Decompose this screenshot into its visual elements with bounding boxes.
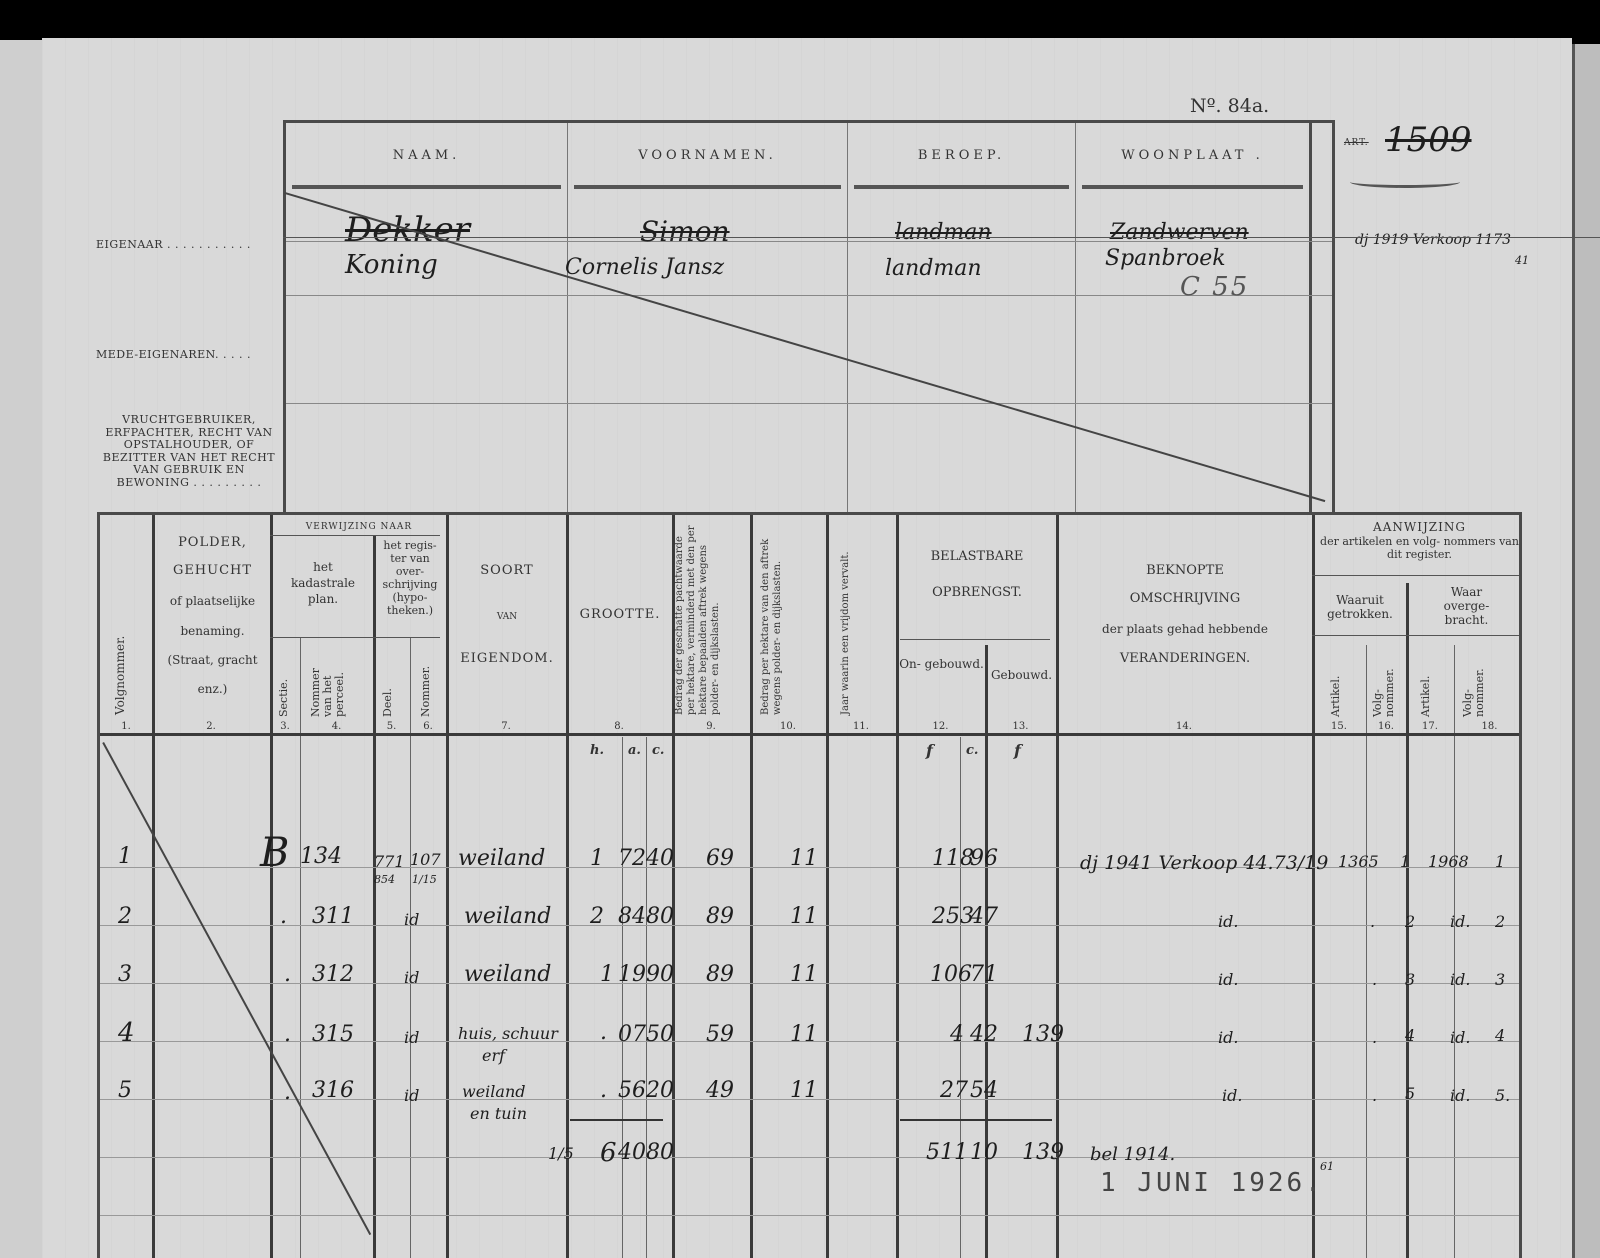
colnum-10: 10.: [750, 721, 826, 732]
totals-c: 80: [646, 1140, 674, 1165]
header-belastbare: BELASTBARE: [898, 549, 1056, 565]
row1-omschrijving: dj 1941 Verkoop 44.73/19: [1080, 852, 1328, 874]
header-woonplaats: WOONPLAAT .: [1076, 148, 1309, 163]
header-volgnommer: Volgnommer.: [114, 605, 126, 715]
document-number: Nº. 84a.: [1190, 95, 1269, 117]
row5-soort: weiland: [462, 1082, 525, 1101]
header-deel: Deel.: [382, 645, 394, 717]
label-mede-eigenaren: MEDE-EIGENAREN. . . . .: [96, 348, 251, 361]
row2-volgnommer-16: 2: [1405, 912, 1415, 931]
header-sectie: Sectie.: [278, 645, 290, 717]
header-grootte: GROOTTE.: [568, 607, 672, 623]
header-rule: [292, 185, 561, 189]
row2-deel: id: [404, 910, 419, 929]
row2-perceel: 311: [312, 904, 354, 929]
row5-a: 56: [618, 1078, 646, 1103]
row1-aftrek: 11: [790, 846, 818, 871]
header-plaatselijke: of plaatselijke: [155, 593, 270, 609]
row3-a: 19: [618, 962, 646, 987]
book-right-page-edge: [1572, 44, 1600, 1258]
row4-soort: huis, schuur: [458, 1024, 558, 1043]
row4-omschrijving: id.: [1218, 1028, 1238, 1047]
row4-volgnommer-18: 4: [1495, 1026, 1505, 1045]
header-register: het regis- ter van over- schrijving (hyp…: [375, 539, 445, 617]
header-volgnommer-16: Volg- nommer.: [1372, 649, 1402, 717]
owner-section: NAAM. VOORNAMEN. BEROEP. WOONPLAAT .: [283, 120, 1335, 512]
unit-guilders-13: f: [1014, 741, 1021, 760]
row4-sectie: .: [284, 1022, 291, 1047]
colnum-5: 5.: [373, 721, 410, 732]
row4-artikel-17: id.: [1450, 1028, 1470, 1047]
transfer-note: dj 1919 Verkoop 1173: [1355, 232, 1511, 248]
row3-h: 1: [600, 962, 614, 987]
row3-c: 90: [646, 962, 674, 987]
column-woonplaats: WOONPLAAT .: [1076, 123, 1312, 515]
row1-pacht: 69: [706, 846, 734, 871]
row4-artikel-15: .: [1372, 1028, 1377, 1047]
header-artikel-15: Artikel.: [1330, 649, 1342, 717]
colnum-2: 2.: [152, 721, 270, 732]
colnum-16: 16.: [1366, 721, 1406, 732]
header-naam: NAAM.: [286, 148, 567, 163]
colnum-8: 8.: [566, 721, 672, 732]
row2-artikel-17: id.: [1450, 912, 1470, 931]
row5-artikel-17: id.: [1450, 1086, 1470, 1105]
colnum-13: 13.: [985, 721, 1056, 732]
header-aanwijzing-sub: der artikelen en volg- nommers van dit r…: [1314, 535, 1525, 561]
row5-pacht: 49: [706, 1078, 734, 1103]
colnum-12: 12.: [896, 721, 985, 732]
flourish-ornament: [1350, 176, 1460, 188]
colnum-18: 18.: [1454, 721, 1525, 732]
row1-a: 72: [618, 846, 646, 871]
original-owner-beroep: landman: [895, 220, 992, 245]
row3-perceel: 312: [312, 962, 354, 987]
rule-line: [286, 403, 1332, 404]
row1-volgnommer: 1: [118, 844, 132, 869]
row1-c: 40: [646, 846, 674, 871]
row1-deel-sub: 854: [374, 873, 395, 886]
original-owner-voornamen: Simon: [640, 215, 730, 248]
header-beroep: BEROEP.: [848, 148, 1075, 163]
book-left-page-edge: [0, 40, 44, 1258]
label-vruchtgebruiker: VRUCHTGEBRUIKER, ERFPACHTER, RECHT VAN O…: [96, 414, 282, 489]
colnum-17: 17.: [1406, 721, 1454, 732]
colnum-11: 11.: [826, 721, 896, 732]
new-owner-code: C 55: [1180, 272, 1249, 302]
header-pachtwaarde: Bedrag der geschatte pachtwaarde per hek…: [674, 519, 748, 715]
header-veranderingen: VERANDERINGEN.: [1058, 651, 1312, 667]
row2-aftrek: 11: [790, 904, 818, 929]
header-verwijzing: VERWIJZING NAAR: [272, 519, 446, 535]
original-owner-woonplaats: Zandwerven: [1110, 220, 1249, 245]
colnum-6: 6.: [410, 721, 446, 732]
row2-c: 80: [646, 904, 674, 929]
header-perceel: Nommer van het perceel.: [310, 645, 350, 717]
unit-guilders-12: f: [926, 741, 933, 760]
unit-hectare: h.: [590, 743, 604, 758]
row1-deel: 771: [374, 852, 405, 871]
totals-gebouwd: 139: [1022, 1140, 1064, 1165]
date-stamp: 1 JUNI 1926.: [1100, 1168, 1324, 1198]
row3-artikel-15: .: [1372, 970, 1377, 989]
row1-nommer-sub: 1/15: [412, 873, 437, 886]
row4-c: 50: [646, 1022, 674, 1047]
header-soort: SOORT: [448, 563, 566, 579]
colnum-14: 14.: [1056, 721, 1312, 732]
totals-fraction: 1/5: [548, 1144, 574, 1163]
totals-ongebouwd-c: 10: [970, 1140, 998, 1165]
row5-ongebouwd-f: 27: [940, 1078, 968, 1103]
row1-artikel-15: 1365: [1338, 852, 1379, 871]
totals-h: 6: [600, 1138, 617, 1168]
header-waaruit: Waaruit getrokken.: [1314, 593, 1406, 621]
row3-volgnommer-16: 3: [1405, 970, 1415, 989]
label-eigenaar: EIGENAAR . . . . . . . . . . .: [96, 238, 251, 251]
row4-gebouwd: 139: [1022, 1022, 1064, 1047]
row1-volgnommer-18: 1: [1495, 852, 1505, 871]
row2-h: 2: [590, 904, 604, 929]
header-beknopte: BEKNOPTE: [1058, 563, 1312, 579]
new-owner-naam: Koning: [345, 250, 438, 280]
colnum-9: 9.: [672, 721, 750, 732]
row4-volgnommer: 4: [118, 1018, 135, 1048]
row5-deel: id: [404, 1086, 419, 1105]
row1-ongebouwd-f: 118: [932, 846, 974, 871]
row5-volgnommer: 5: [118, 1078, 132, 1103]
row4-deel: id: [404, 1028, 419, 1047]
article-number: 1509: [1385, 120, 1472, 160]
row2-a: 84: [618, 904, 646, 929]
row1-volgnommer-16: 1: [1400, 852, 1410, 871]
transfer-note-sub: 41: [1515, 254, 1529, 267]
header-polder: POLDER,: [155, 535, 270, 551]
row3-sectie: .: [284, 962, 291, 987]
colnum-15: 15.: [1312, 721, 1366, 732]
row4-aftrek: 11: [790, 1022, 818, 1047]
header-vrijdom: Jaar waarin een vrijdom vervalt.: [840, 519, 880, 715]
colnum-1: 1.: [100, 721, 152, 732]
totals-note: bel 1914.: [1090, 1144, 1175, 1165]
row2-omschrijving: id.: [1218, 912, 1238, 931]
row5-sectie: .: [284, 1080, 291, 1105]
row1-nommer: 107: [410, 850, 441, 869]
header-aftrek: Bedrag per hektare van den aftrek wegens…: [760, 519, 816, 715]
row1-h: 1: [590, 846, 604, 871]
new-owner-woonplaats: Spanbroek: [1105, 246, 1226, 271]
row4-pacht: 59: [706, 1022, 734, 1047]
row5-omschrijving: id.: [1222, 1086, 1242, 1105]
row4-volgnommer-16: 4: [1405, 1026, 1415, 1045]
row5-c: 20: [646, 1078, 674, 1103]
row4-soort-sub: erf: [482, 1046, 505, 1065]
colnum-4: 4.: [300, 721, 373, 732]
row5-aftrek: 11: [790, 1078, 818, 1103]
parcel-table: Volgnommer. POLDER, GEHUCHT of plaatseli…: [97, 512, 1522, 1258]
row1-artikel-17: 1968: [1428, 852, 1469, 871]
totals-a: 40: [618, 1140, 646, 1165]
row1-soort: weiland: [458, 846, 545, 871]
header-van: VAN: [448, 609, 566, 625]
row5-ongebouwd-c: 54: [970, 1078, 998, 1103]
row3-volgnommer: 3: [118, 962, 132, 987]
row4-ongebouwd-c: 42: [970, 1022, 998, 1047]
row3-soort: weiland: [464, 962, 551, 987]
header-opbrengst: OPBRENGST.: [898, 585, 1056, 601]
owner-strike-line: [283, 237, 1600, 238]
header-rule: [574, 185, 841, 189]
row4-perceel: 315: [312, 1022, 354, 1047]
header-ongebouwd: On- gebouwd.: [898, 651, 985, 677]
row3-omschrijving: id.: [1218, 970, 1238, 989]
row1-perceel: 134: [300, 844, 342, 869]
header-benaming: benaming.: [155, 623, 270, 639]
row2-ongebouwd-f: 253: [932, 904, 974, 929]
row5-h: .: [600, 1078, 607, 1103]
colnum-7: 7.: [446, 721, 566, 732]
header-eigendom: EIGENDOM.: [448, 651, 566, 667]
row3-volgnommer-18: 3: [1495, 970, 1505, 989]
row5-artikel-15: .: [1372, 1086, 1377, 1105]
rule-line: [286, 295, 1332, 296]
header-kadastrale: het kadastrale plan.: [280, 559, 366, 607]
row5-soort-sub: en tuin: [470, 1104, 527, 1123]
header-straat: (Straat, gracht: [155, 652, 270, 668]
unit-centiare: c.: [652, 743, 664, 758]
header-omschrijving: OMSCHRIJVING: [1058, 591, 1312, 607]
colnum-3: 3.: [270, 721, 300, 732]
unit-are: a.: [628, 743, 641, 758]
header-volgnommer-18: Volg- nommer.: [1462, 649, 1492, 717]
row4-a: 07: [618, 1022, 646, 1047]
totals-ongebouwd-f: 511: [926, 1140, 968, 1165]
row3-deel: id: [404, 968, 419, 987]
header-enz: enz.): [155, 681, 270, 697]
row3-artikel-17: id.: [1450, 970, 1470, 989]
row5-volgnommer-16: 5: [1405, 1084, 1415, 1103]
new-owner-voornamen: Cornelis Jansz: [565, 255, 724, 280]
row3-ongebouwd-f: 106: [930, 962, 972, 987]
row2-volgnommer: 2: [118, 904, 132, 929]
header-plaats-gehad: der plaats gehad hebbende: [1058, 621, 1312, 637]
row2-ongebouwd-c: 47: [970, 904, 998, 929]
header-gebouwd: Gebouwd.: [987, 667, 1056, 683]
row3-pacht: 89: [706, 962, 734, 987]
header-waar: Waar overge- bracht.: [1408, 585, 1525, 627]
row2-volgnommer-18: 2: [1495, 912, 1505, 931]
header-artikel-17: Artikel.: [1420, 649, 1432, 717]
row5-volgnommer-18: 5.: [1495, 1086, 1510, 1105]
row2-artikel-15: .: [1370, 912, 1375, 931]
row4-h: .: [600, 1020, 607, 1045]
article-label: ART.: [1344, 138, 1369, 148]
row2-sectie: .: [280, 904, 287, 929]
row5-perceel: 316: [312, 1078, 354, 1103]
column-naam: NAAM.: [286, 123, 568, 515]
header-nommer: Nommer.: [420, 645, 432, 717]
unit-cents-12: c.: [966, 743, 978, 758]
row1-ongebouwd-c: 96: [970, 846, 998, 871]
new-owner-beroep: landman: [885, 256, 982, 281]
header-aanwijzing: AANWIJZING: [1314, 519, 1525, 535]
row1-sectie: B: [260, 830, 289, 876]
header-voornamen: VOORNAMEN.: [568, 148, 847, 163]
column-beroep: BEROEP.: [848, 123, 1076, 515]
header-rule: [1082, 185, 1303, 189]
header-rule: [854, 185, 1069, 189]
row2-soort: weiland: [464, 904, 551, 929]
header-gehucht: GEHUCHT: [155, 563, 270, 579]
row3-aftrek: 11: [790, 962, 818, 987]
row2-pacht: 89: [706, 904, 734, 929]
row4-ongebouwd-f: 4: [950, 1022, 964, 1047]
row3-ongebouwd-c: 71: [970, 962, 998, 987]
